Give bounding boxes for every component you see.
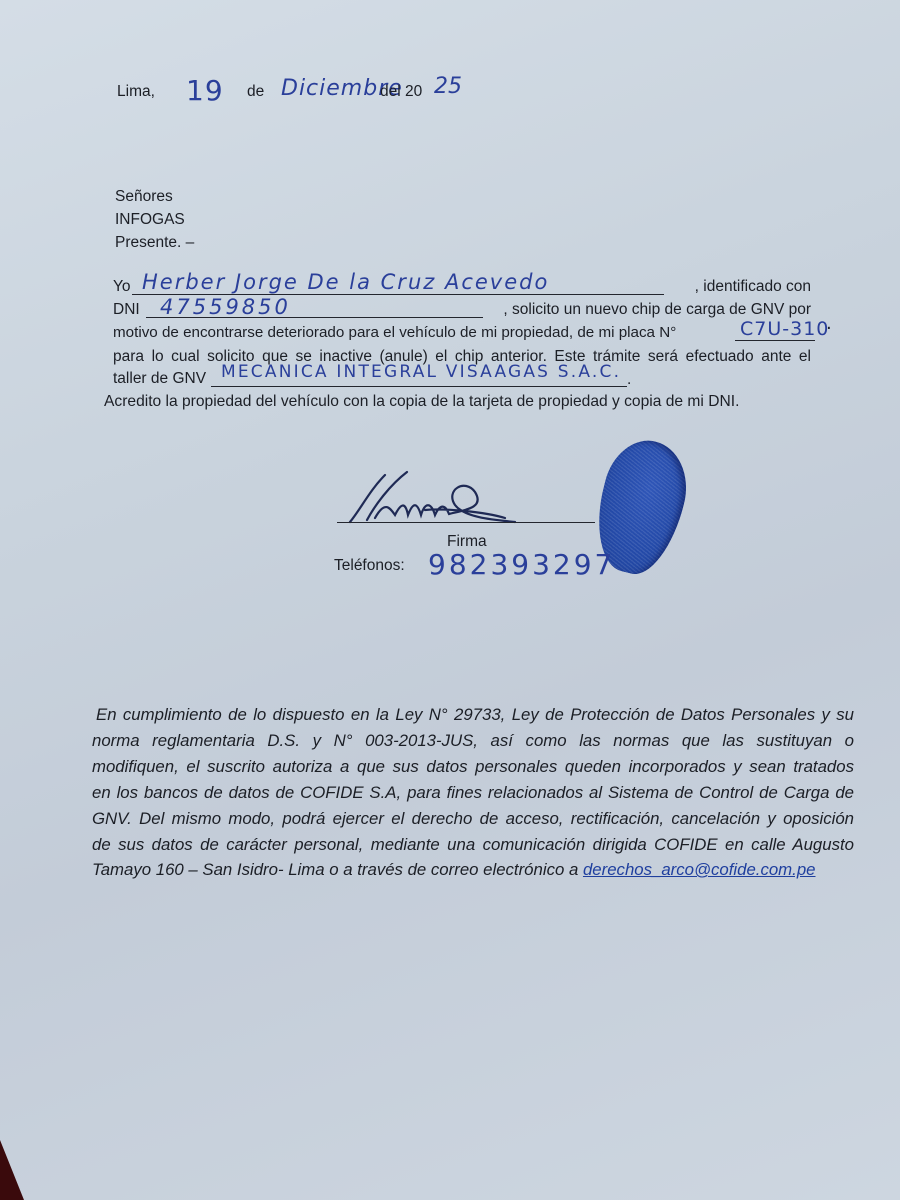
email-link[interactable]: derechos_arco@cofide.com.pe — [583, 860, 816, 879]
phone-value: 982393297 — [428, 548, 615, 581]
legal-line-2: norma reglamentaria D.S. y N° 003-2013-J… — [92, 733, 854, 750]
year-suffix: 25 — [434, 74, 462, 99]
yo-label: Yo — [113, 279, 131, 295]
year-prefix: del 20 — [380, 84, 422, 100]
plate-fill-line — [735, 340, 815, 341]
request-text: , solicito un nuevo chip de carga de GNV… — [484, 302, 811, 318]
workshop-suffix: . — [627, 372, 631, 388]
applicant-name: Herber Jorge De la Cruz Acevedo — [142, 270, 549, 294]
legal-line-7: Tamayo 160 – San Isidro- Lima o a través… — [92, 862, 854, 879]
signature-line — [337, 522, 595, 523]
plate-suffix: · — [826, 318, 833, 339]
addressee-line-1: Señores — [115, 189, 173, 205]
legal-line-6: de sus datos de carácter personal, media… — [92, 837, 854, 854]
body-line-6: Acredito la propiedad del vehículo con l… — [104, 394, 739, 410]
legal-line-3: modifiquen, el suscrito autoriza a que s… — [92, 759, 854, 776]
dni-value: 47559850 — [160, 295, 291, 319]
dni-label: DNI — [113, 302, 140, 318]
addressee-line-3: Presente. – — [115, 235, 194, 251]
legal-line-7-text: Tamayo 160 – San Isidro- Lima o a través… — [92, 860, 583, 879]
plate-value: C7U-310 — [740, 318, 829, 340]
addressee-line-2: INFOGAS — [115, 212, 185, 228]
handwritten-signature — [345, 470, 545, 530]
workshop-name: MECANICA INTEGRAL VISAAGAS S.A.C. — [221, 362, 621, 382]
identified-label: , identificado con — [665, 279, 811, 295]
legal-line-5: GNV. Del mismo modo, podrá ejercer el de… — [92, 811, 854, 828]
legal-line-1: En cumplimiento de lo dispuesto en la Le… — [96, 707, 854, 724]
workshop-label: taller de GNV — [113, 371, 206, 387]
de-label: de — [247, 84, 264, 100]
phones-label: Teléfonos: — [334, 558, 405, 574]
city-label: Lima, — [117, 84, 155, 100]
desk-corner-background — [0, 1140, 24, 1200]
workshop-fill-line — [211, 386, 627, 387]
date-day: 19 — [186, 74, 224, 107]
motive-text: motivo de encontrarse deteriorado para e… — [113, 325, 676, 340]
legal-line-4: en los bancos de datos de COFIDE S.A, pa… — [92, 785, 854, 802]
scanned-document-page: Lima, 19 de Diciembre del 20 25 Señores … — [0, 0, 900, 1200]
